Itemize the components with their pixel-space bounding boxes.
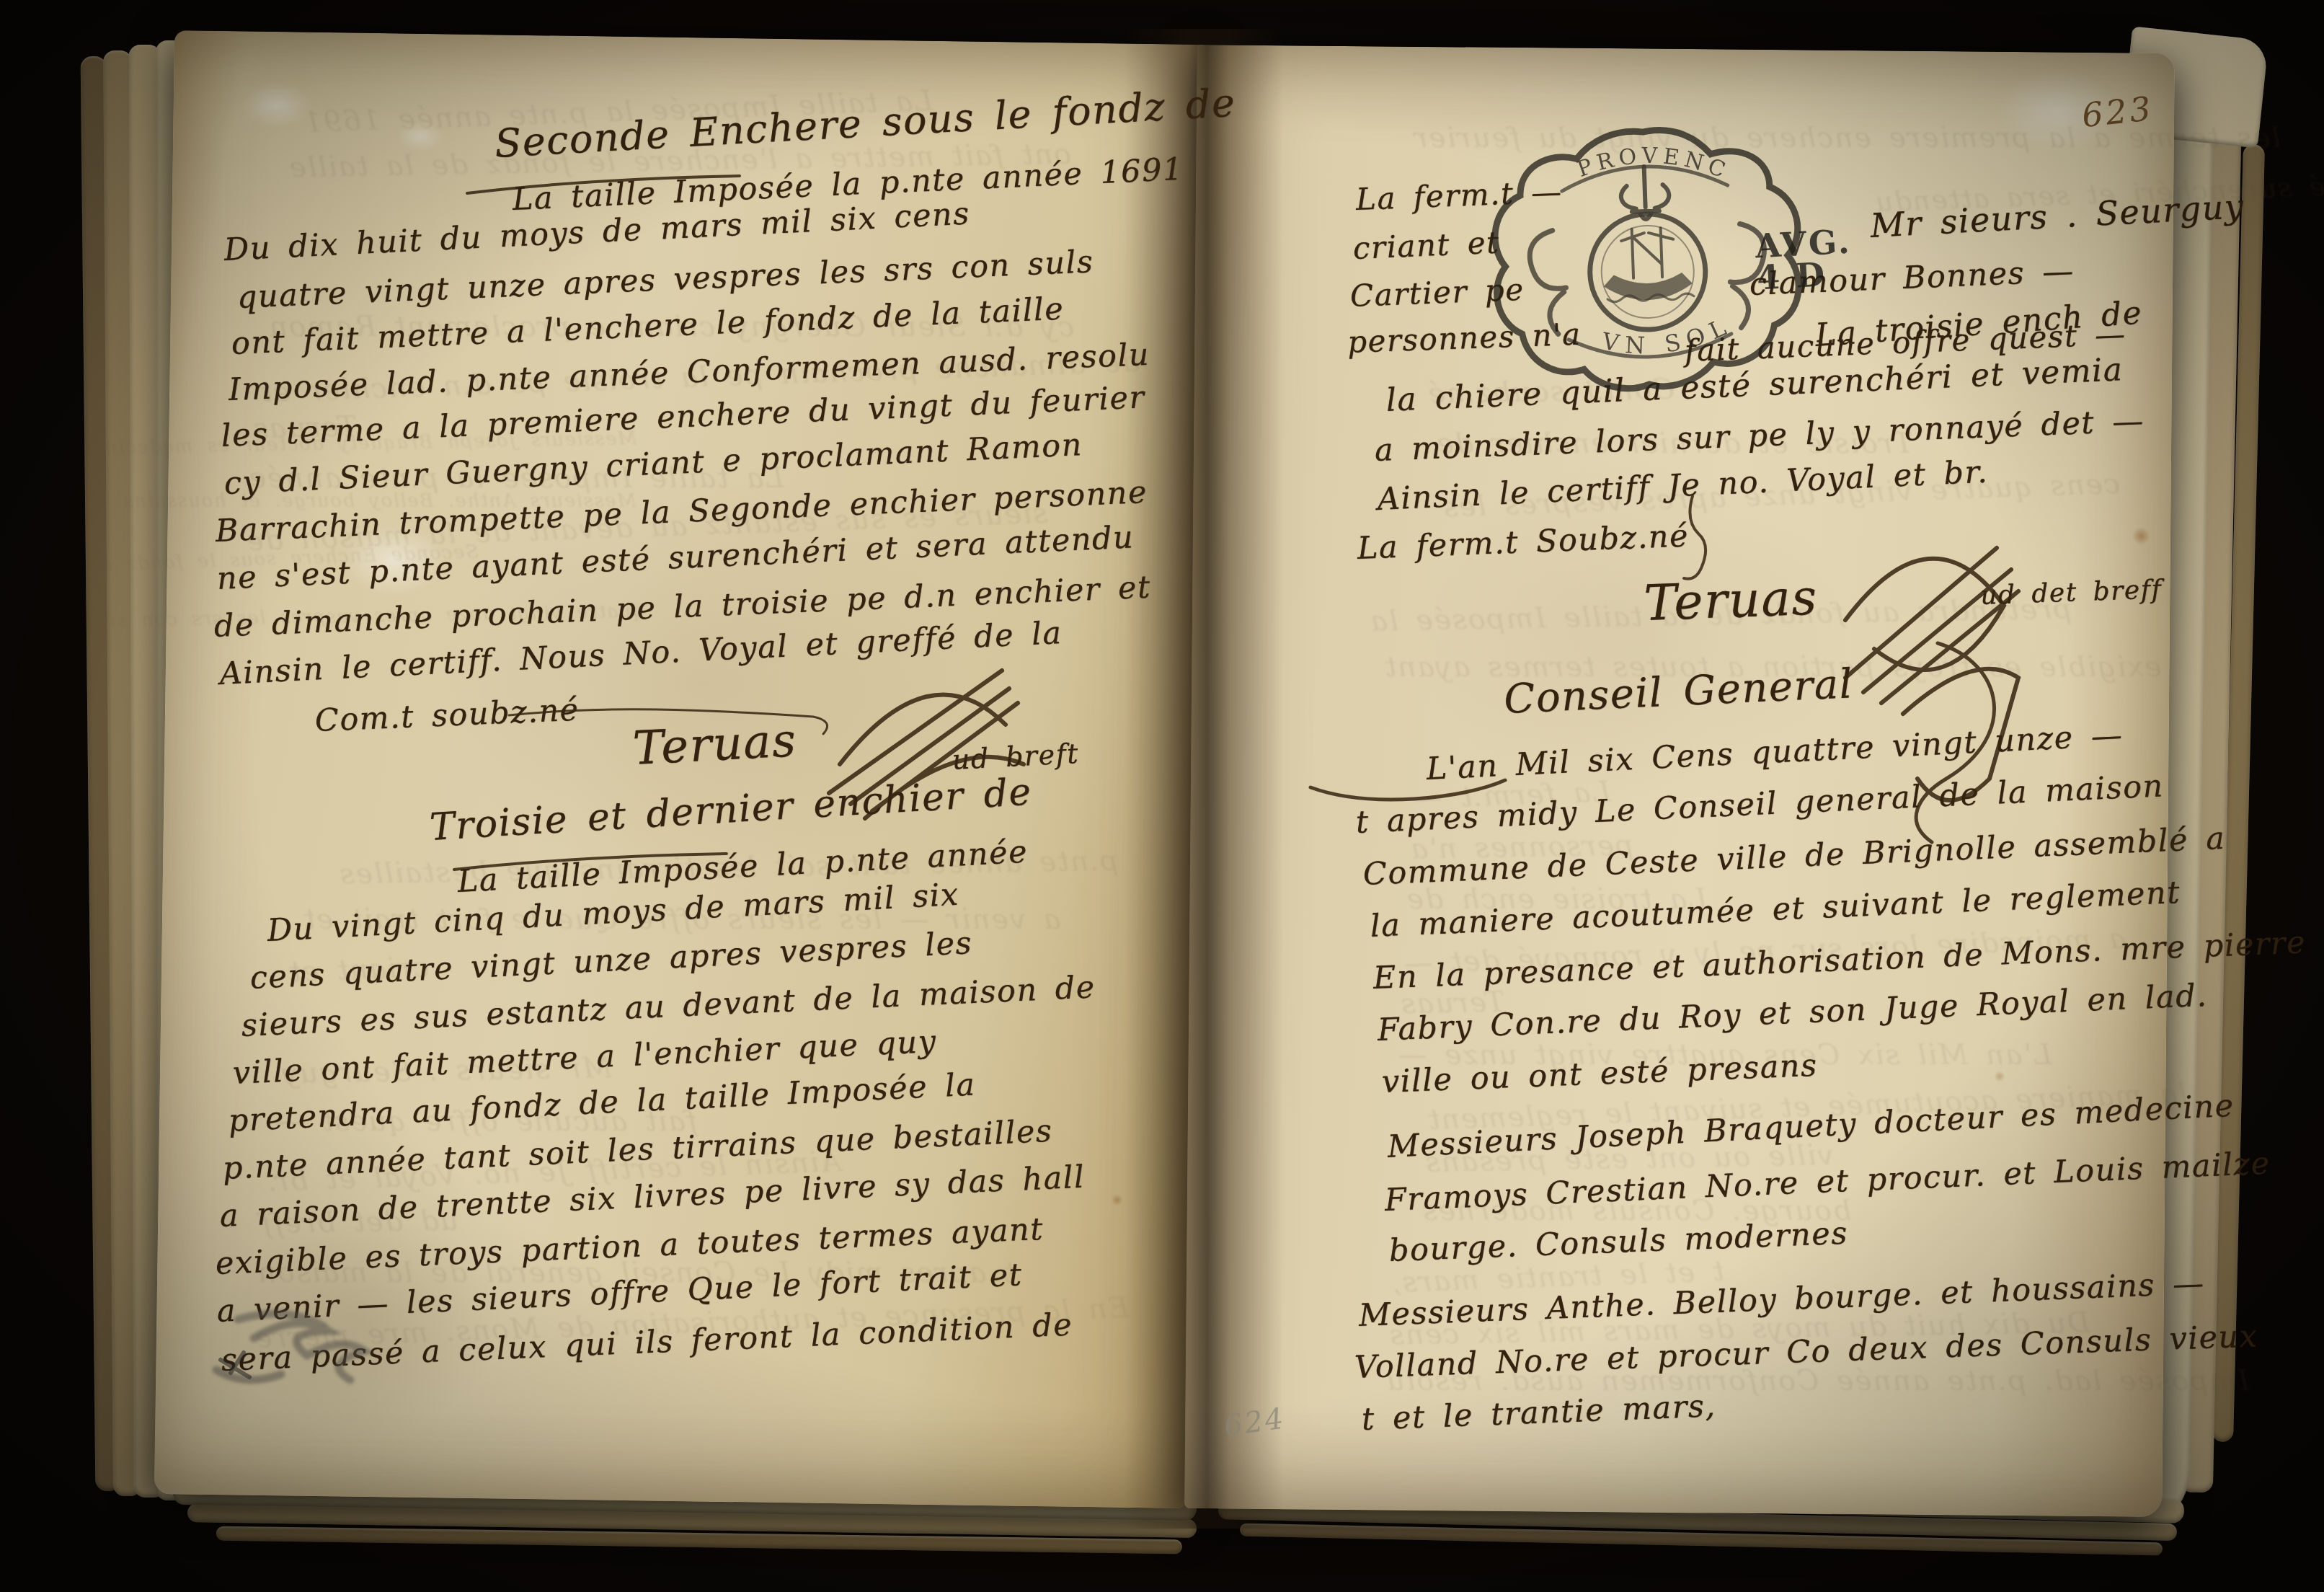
counterstamp-line2: 4 D xyxy=(1756,257,1854,294)
stamp-banner-bottom-label: VN SOL xyxy=(1598,310,1737,361)
page-number: 623 xyxy=(2080,89,2155,135)
manuscript-line: ud breft xyxy=(952,738,1080,776)
stamp-banner-top-label: PROVENCE xyxy=(1481,113,1734,193)
manuscript-line: Teruas xyxy=(631,714,798,776)
galley-masts xyxy=(1621,228,1675,278)
svg-text:PROVENCE: PROVENCE xyxy=(1481,113,1734,193)
stamp-curl-left xyxy=(1529,230,1568,335)
counterstamp: AVG. 4 D xyxy=(1755,226,1854,294)
manuscript-line: Teruas xyxy=(1643,570,1819,632)
manuscript-photo: La taille Imposée la p.nte année 1691ont… xyxy=(0,0,2324,1592)
manuscript-line: criant et xyxy=(1352,225,1500,266)
svg-text:VN SOL: VN SOL xyxy=(1598,310,1737,361)
